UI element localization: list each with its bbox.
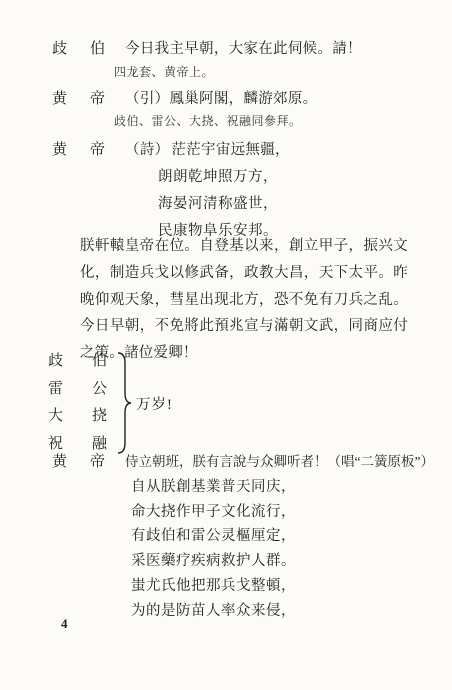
stage-direction: 四龙套、黄帝上。 — [114, 63, 214, 80]
chorus-group: 歧 伯 雷 公 大 挠 祝 融 万岁! — [48, 348, 173, 458]
poem-block: 黄 帝 （詩） 茫茫宇宙远無疆， 朗朗乾坤照万方， 海晏河清称盛世， 民康物阜乐… — [52, 137, 290, 245]
poem-prefix: （詩） — [125, 137, 169, 164]
dialogue-text: 今日我主早朝，大家在此伺候。請！ — [125, 37, 362, 58]
aria-line: 命大挠作甲子文化流行， — [131, 500, 296, 525]
speaker-name: 黄 帝 — [52, 450, 109, 471]
chorus-name: 歧 伯 — [48, 348, 114, 376]
dialogue-text: （引）鳳巢阿閣，麟游郊原。 — [125, 87, 317, 108]
dialogue-row: 黄 帝 （引）鳳巢阿閣，麟游郊原。 — [52, 87, 317, 108]
script-page: 歧 伯 今日我主早朝，大家在此伺候。請！ 四龙套、黄帝上。 黄 帝 （引）鳳巢阿… — [0, 0, 452, 690]
speaker-name: 黄 帝 — [52, 87, 109, 108]
aria-line: 为的是防苗人率众来侵， — [131, 599, 296, 624]
poem-line: 海晏河清称盛世， — [158, 191, 290, 218]
aria-line: 自从朕創基業普天同庆， — [131, 475, 296, 500]
dialogue-text: 侍立朝班，朕有言說与众卿听者！（唱“二簧原板”） — [125, 450, 434, 470]
aria-line: 有歧伯和雷公灵樞厘定， — [131, 524, 296, 549]
dialogue-row: 黄 帝 侍立朝班，朕有言說与众卿听者！（唱“二簧原板”） — [52, 450, 434, 471]
page-number: 4 — [61, 616, 68, 632]
stage-direction: 歧伯、雷公、大挠、祝融同參拜。 — [114, 112, 302, 129]
speaker-name: 黄 帝 — [52, 137, 109, 164]
poem-line: 朗朗乾坤照万方， — [158, 164, 290, 191]
aria-line: 采医藥疗疾病救护人群。 — [131, 549, 296, 574]
dialogue-row: 歧 伯 今日我主早朝，大家在此伺候。請！ — [52, 37, 362, 58]
brace-icon — [116, 351, 132, 455]
dialogue-row: 黄 帝 （詩） 茫茫宇宙远無疆， — [52, 137, 290, 164]
chorus-exclaim: 万岁! — [136, 393, 173, 414]
monologue-paragraph: 朕軒轅皇帝在位。自登基以来，創立甲子，振兴文化，制造兵戈以修武备，政教大昌，天下… — [80, 233, 408, 367]
chorus-name: 雷 公 — [48, 376, 114, 404]
chorus-name-list: 歧 伯 雷 公 大 挠 祝 融 — [48, 348, 114, 458]
aria-line: 蚩尤氏他把那兵戈整頓， — [131, 574, 296, 599]
speaker-name: 歧 伯 — [52, 37, 109, 58]
aria-block: 自从朕創基業普天同庆， 命大挠作甲子文化流行， 有歧伯和雷公灵樞厘定， 采医藥疗… — [131, 475, 296, 623]
chorus-name: 大 挠 — [48, 403, 114, 431]
poem-line: 茫茫宇宙远無疆， — [171, 137, 289, 164]
